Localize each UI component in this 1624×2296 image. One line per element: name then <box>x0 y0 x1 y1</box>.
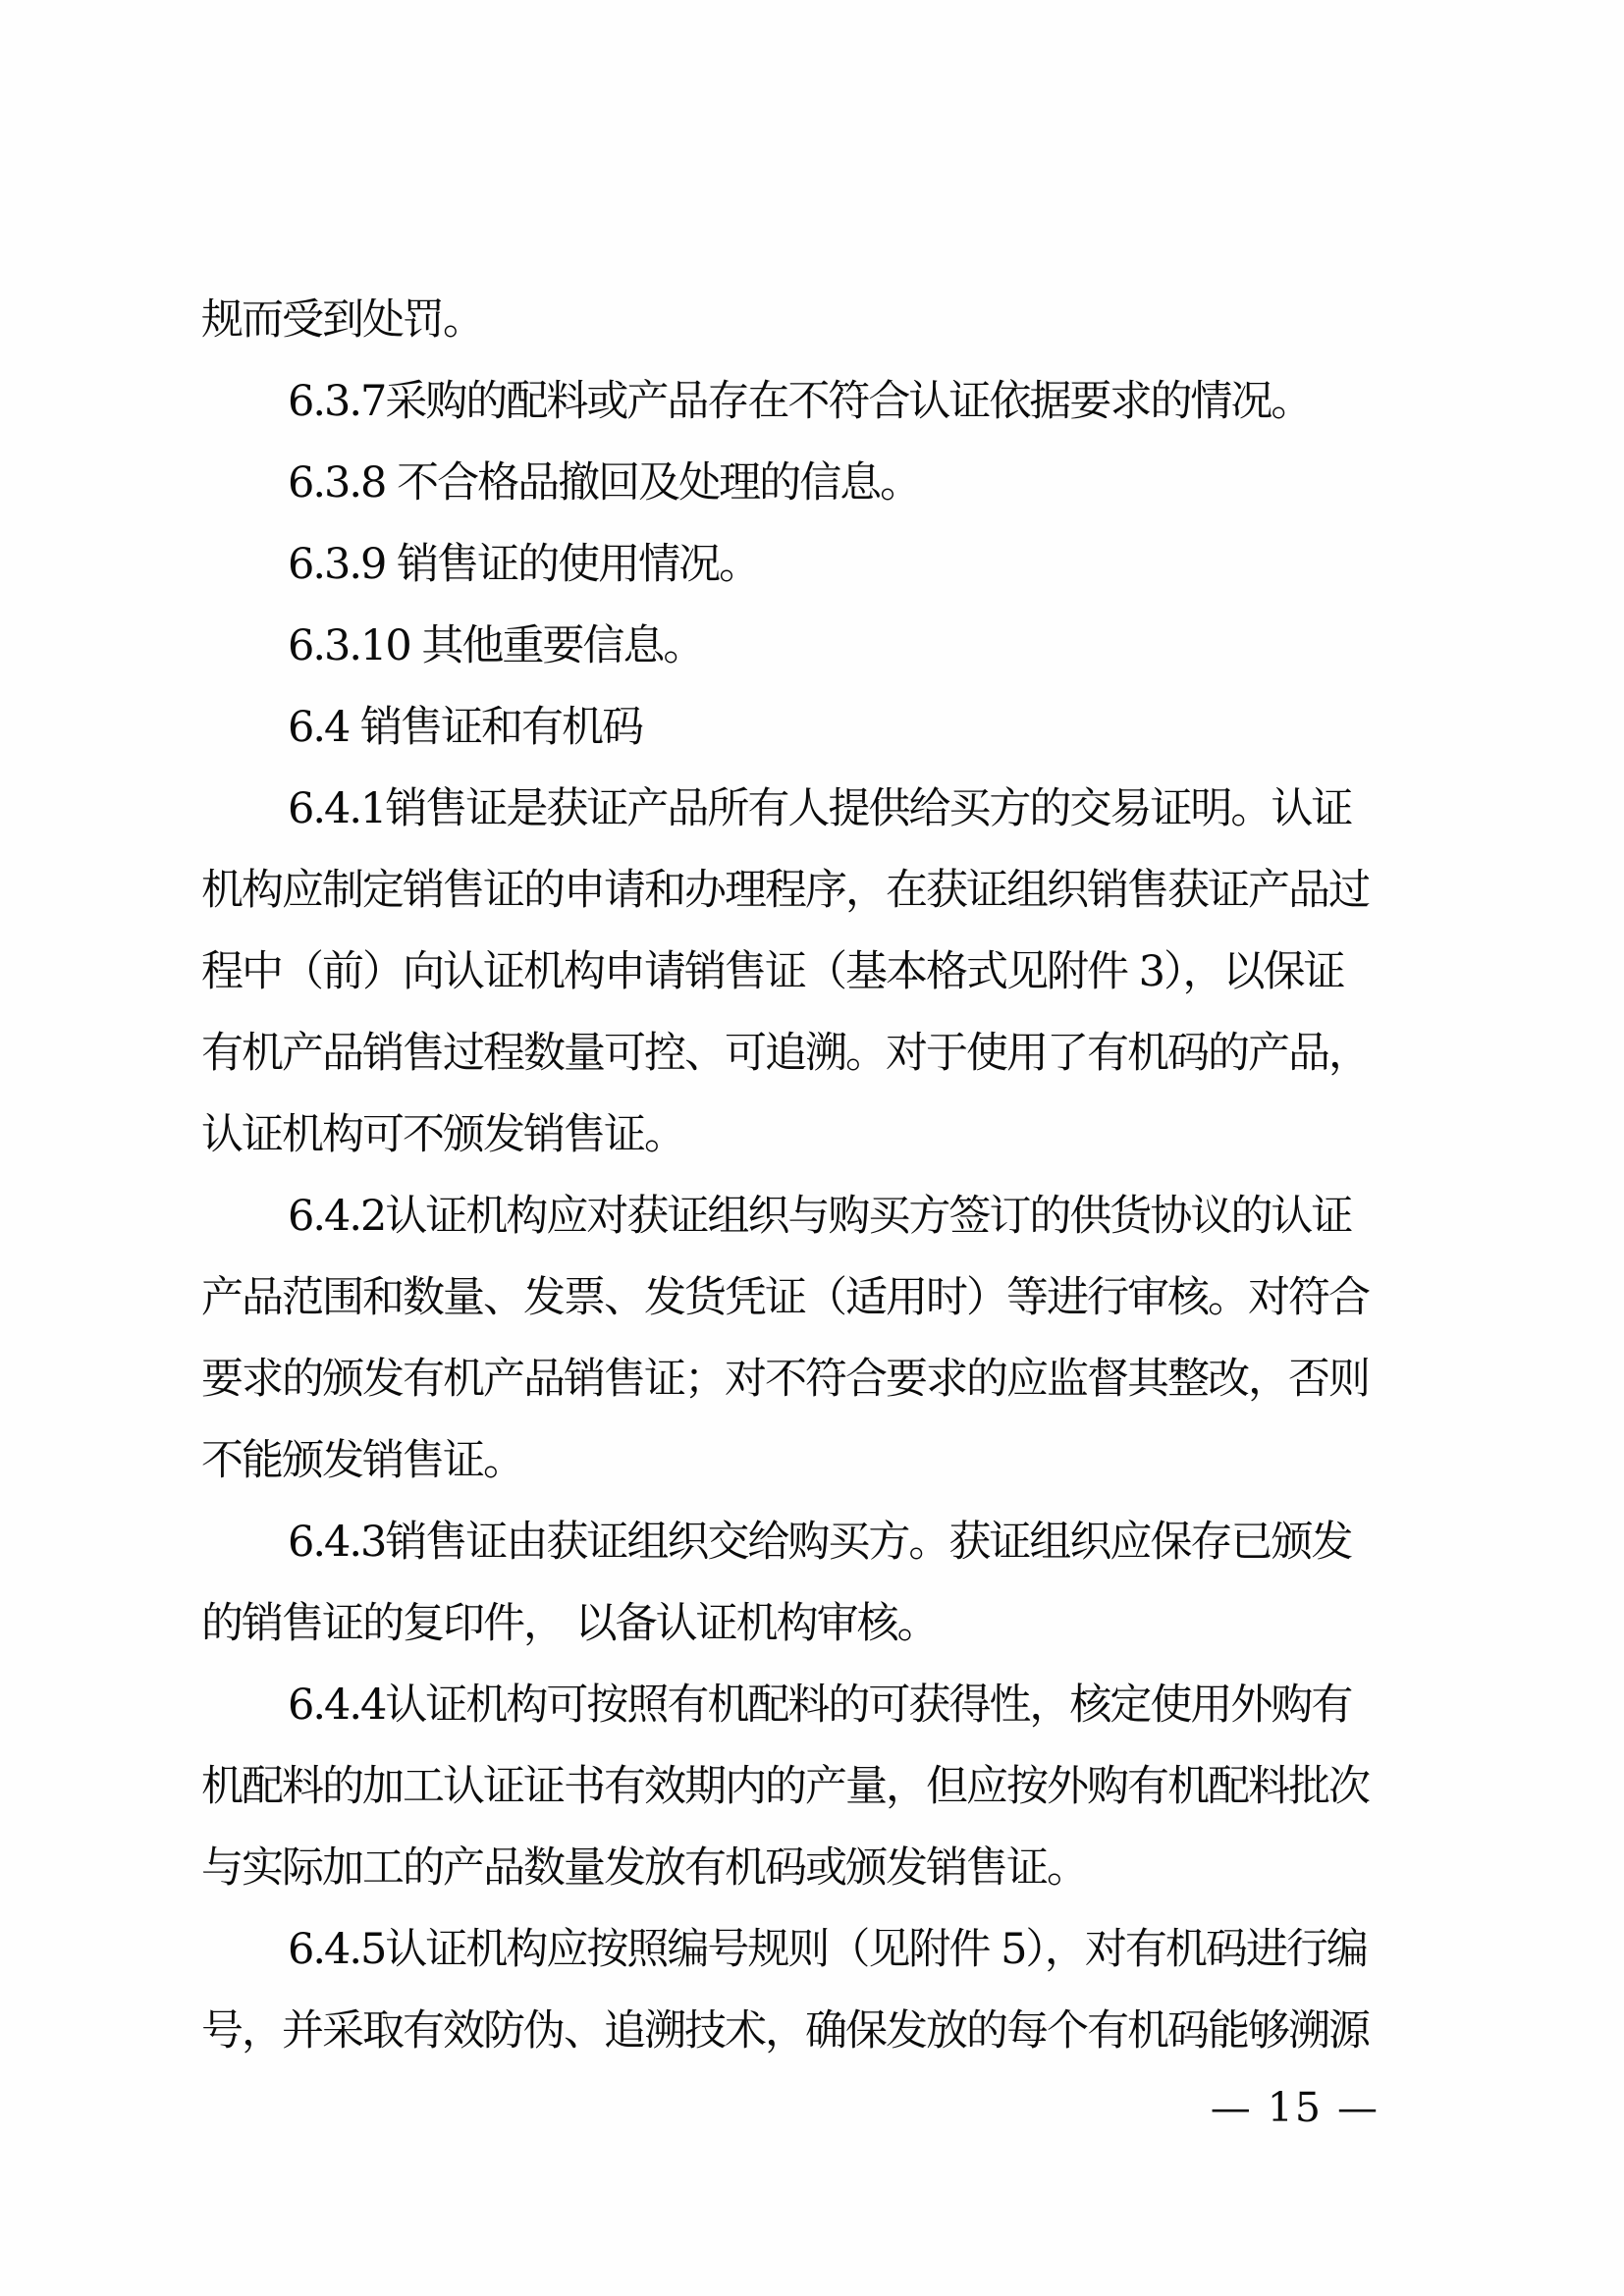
document-page: 规而受到处罚。6.3.7采购的配料或产品存在不符合认证依据要求的情况。6.3.8… <box>0 0 1624 2296</box>
text-line: 与实际加工的产品数量发放有机码或颁发销售证。 <box>201 1828 1343 1909</box>
text-line: 机构应制定销售证的申请和办理程序，在获证组织销售获证产品过 <box>201 850 1343 932</box>
text-line: 产品范围和数量、发票、发货凭证（适用时）等进行审核。对符合 <box>201 1257 1343 1339</box>
text-line: 号，并采取有效防伪、追溯技术，确保发放的每个有机码能够溯源 <box>201 1991 1343 2072</box>
text-line: 的销售证的复印件， 以备认证机构审核。 <box>201 1583 1343 1665</box>
text-line: 6.3.9 销售证的使用情况。 <box>201 524 1343 606</box>
text-line: 6.3.8 不合格品撤回及处理的信息。 <box>201 443 1343 524</box>
text-line: 程中（前）向认证机构申请销售证（基本格式见附件 3），以保证 <box>201 932 1343 1013</box>
text-line: 6.4.3销售证由获证组织交给购买方。获证组织应保存已颁发 <box>201 1502 1343 1583</box>
text-line: 6.3.10 其他重要信息。 <box>201 606 1343 687</box>
text-line: 不能颁发销售证。 <box>201 1420 1343 1502</box>
text-line: 6.4.1销售证是获证产品所有人提供给买方的交易证明。认证 <box>201 769 1343 850</box>
text-line: 6.3.7采购的配料或产品存在不符合认证依据要求的情况。 <box>201 361 1343 443</box>
text-line: 认证机构可不颁发销售证。 <box>201 1095 1343 1176</box>
text-line: 6.4 销售证和有机码 <box>201 687 1343 769</box>
page-number: — 15 — <box>1211 2083 1380 2132</box>
text-line: 规而受到处罚。 <box>201 280 1343 361</box>
document-body: 规而受到处罚。6.3.7采购的配料或产品存在不符合认证依据要求的情况。6.3.8… <box>201 280 1343 2072</box>
text-line: 6.4.4认证机构可按照有机配料的可获得性，核定使用外购有 <box>201 1665 1343 1746</box>
text-line: 要求的颁发有机产品销售证；对不符合要求的应监督其整改，否则 <box>201 1339 1343 1420</box>
text-line: 机配料的加工认证证书有效期内的产量，但应按外购有机配料批次 <box>201 1746 1343 1828</box>
text-line: 6.4.2认证机构应对获证组织与购买方签订的供货协议的认证 <box>201 1176 1343 1257</box>
text-line: 6.4.5认证机构应按照编号规则（见附件 5），对有机码进行编 <box>201 1909 1343 1991</box>
text-line: 有机产品销售过程数量可控、可追溯。对于使用了有机码的产品， <box>201 1013 1343 1095</box>
